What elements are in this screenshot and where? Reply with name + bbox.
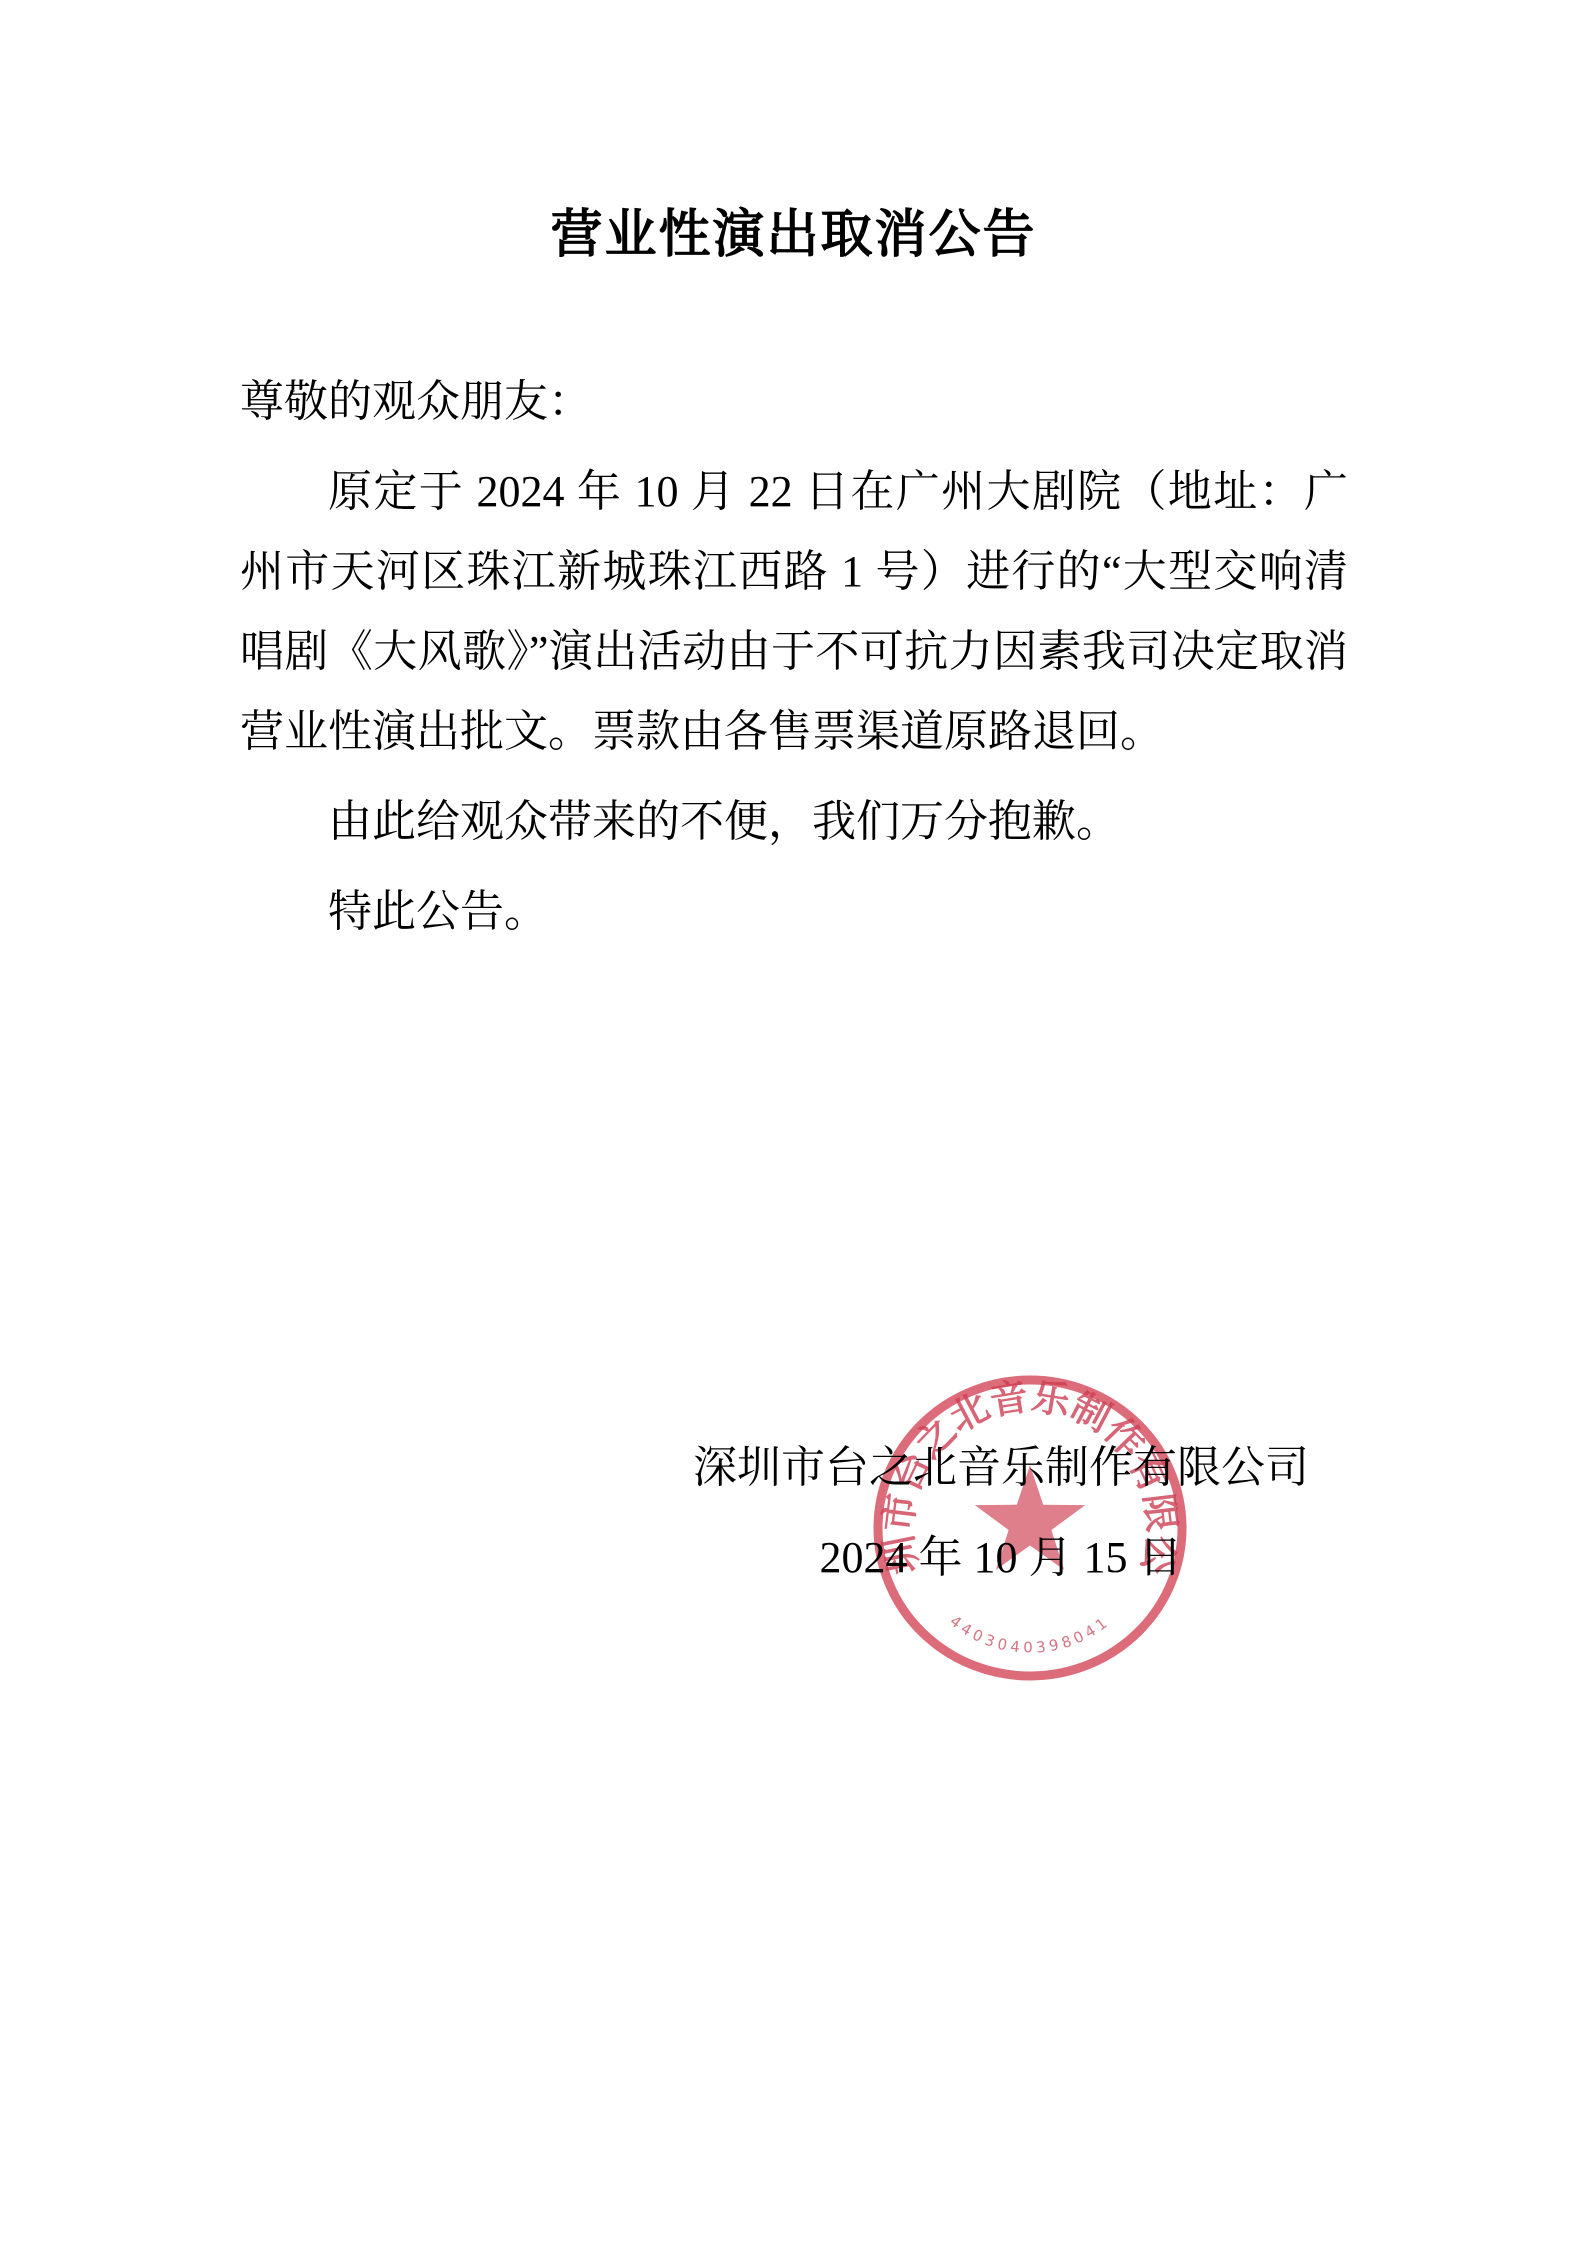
salutation-line: 尊敬的观众朋友： [240, 362, 1348, 442]
stamp-serial-number: 4403040398041 [946, 1612, 1113, 1657]
document-body: 尊敬的观众朋友： 原定于 2024 年 10 月 22 日在广州大剧院（地址：广… [240, 362, 1348, 962]
document-title: 营业性演出取消公告 [0, 192, 1587, 267]
signature-date: 2024 年 10 月 15 日 [693, 1518, 1309, 1598]
signature-company-name: 深圳市台之北音乐制作有限公司 [693, 1428, 1309, 1508]
announcement-document-page: 营业性演出取消公告 尊敬的观众朋友： 原定于 2024 年 10 月 22 日在… [0, 0, 1587, 2245]
signature-block: 深圳市台之北音乐制作有限公司 2024 年 10 月 15 日 [693, 1428, 1309, 1598]
body-paragraph: 由此给观众带来的不便，我们万分抱歉。 [240, 782, 1348, 862]
body-paragraph: 特此公告。 [240, 872, 1348, 952]
body-paragraph: 原定于 2024 年 10 月 22 日在广州大剧院（地址：广州市天河区珠江新城… [240, 452, 1348, 772]
